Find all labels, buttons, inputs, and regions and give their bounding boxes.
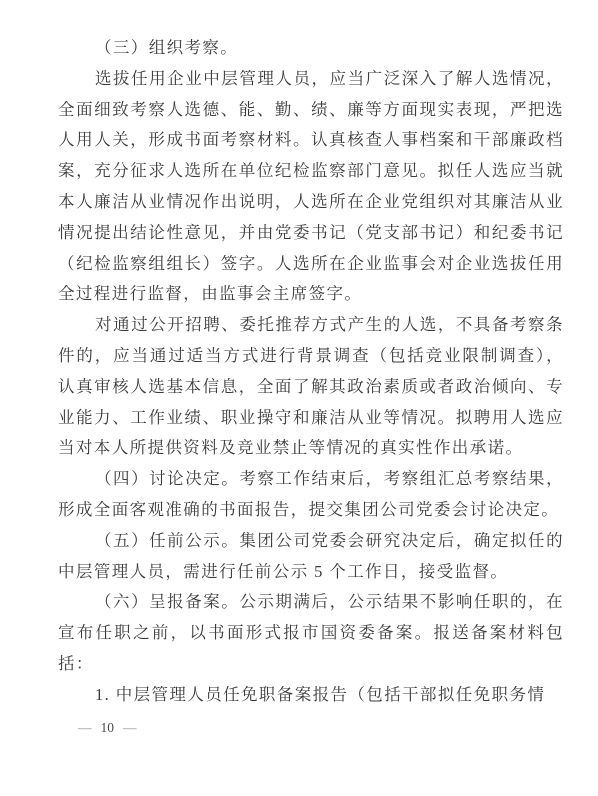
footer-dash-right: — — [123, 719, 137, 737]
paragraph: 选拔任用企业中层管理人员，应当广泛深入了解人选情况，全面细致考察人选德、能、勤、… — [58, 64, 564, 310]
paragraph: 1. 中层管理人员任免职备案报告（包括干部拟任免职务情 — [58, 680, 564, 711]
page-footer: — 10 — — [78, 719, 137, 737]
footer-dash-left: — — [78, 719, 92, 737]
paragraph: （四）讨论决定。考察工作结束后，考察组汇总考察结果，形成全面客观准确的书面报告，… — [58, 464, 564, 526]
page-number: 10 — [101, 719, 115, 737]
document-body: （三）组织考察。选拔任用企业中层管理人员，应当广泛深入了解人选情况，全面细致考察… — [58, 33, 564, 711]
paragraph: （六）呈报备案。公示期满后，公示结果不影响任职的，在宣布任职之前，以书面形式报市… — [58, 587, 564, 679]
paragraph: （五）任前公示。集团公司党委会研究决定后，确定拟任的中层管理人员，需进行任前公示… — [58, 526, 564, 588]
paragraph: 对通过公开招聘、委托推荐方式产生的人选，不具备考察条件的，应当通过适当方式进行背… — [58, 310, 564, 464]
document-page: （三）组织考察。选拔任用企业中层管理人员，应当广泛深入了解人选情况，全面细致考察… — [0, 0, 598, 796]
paragraph: （三）组织考察。 — [58, 33, 564, 64]
